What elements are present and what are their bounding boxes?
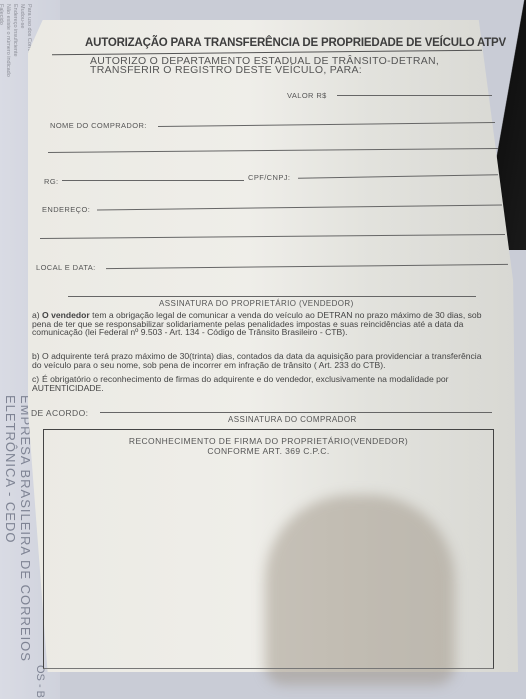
recognition-title-line1: RECONHECIMENTO DE FIRMA DO PROPRIETÁRIO(…	[43, 436, 494, 446]
clause-a: a)O vendedor tem a obrigação legal de co…	[32, 311, 492, 337]
rg-field[interactable]	[62, 180, 244, 181]
cpf-cnpj-label: CPF/CNPJ:	[248, 173, 290, 182]
buyer-signature-label: ASSINATURA DO COMPRADOR	[228, 415, 357, 424]
recognition-title-line2: CONFORME ART. 369 C.P.C.	[43, 446, 494, 456]
envelope-brand-line2: ELETRÔNICA - CEDO	[3, 395, 18, 543]
postal-option: Mudou-se	[18, 4, 25, 204]
valor-label: VALOR R$	[287, 91, 327, 100]
valor-field[interactable]	[337, 95, 492, 96]
clause-a-text: tem a obrigação legal de comunicar a ven…	[32, 310, 481, 337]
signature-recognition-box[interactable]	[43, 429, 494, 669]
clause-b-text: O adquirente terá prazo máximo de 30(tri…	[32, 351, 482, 370]
form-title: AUTORIZAÇÃO PARA TRANSFERÊNCIA DE PROPRI…	[85, 37, 506, 49]
clause-b: b)O adquirente terá prazo máximo de 30(t…	[32, 352, 492, 369]
buyer-signature-line[interactable]	[100, 412, 492, 413]
de-acordo-label: DE ACORDO:	[31, 408, 88, 418]
endereco-label: ENDEREÇO:	[42, 205, 90, 214]
envelope-brand: EMPRESA BRASILEIRA DE CORREIOS ELETRÔNIC…	[3, 395, 33, 662]
seller-signature-label: ASSINATURA DO PROPRIETÁRIO (VENDEDOR)	[159, 299, 354, 308]
postal-return-label: Para uso dos Correios Mudou-se Endereço …	[2, 4, 32, 204]
seller-signature-line[interactable]	[68, 296, 476, 297]
nome-comprador-label: NOME DO COMPRADOR:	[50, 121, 147, 130]
clause-c: c)É obrigatório o reconhecimento de firm…	[32, 375, 492, 392]
local-data-label: LOCAL E DATA:	[36, 263, 96, 272]
rg-label: RG:	[44, 177, 59, 186]
postal-option: Endereço insuficiente	[11, 4, 18, 204]
clause-c-text: É obrigatório o reconhecimento de firmas…	[32, 374, 449, 393]
form-subtitle-line2: TRANSFERIR O REGISTRO DESTE VEÍCULO, PAR…	[90, 65, 362, 75]
postal-option: Não existe o número indicado	[4, 4, 11, 204]
envelope-bottom-text: OS - B	[34, 665, 46, 698]
